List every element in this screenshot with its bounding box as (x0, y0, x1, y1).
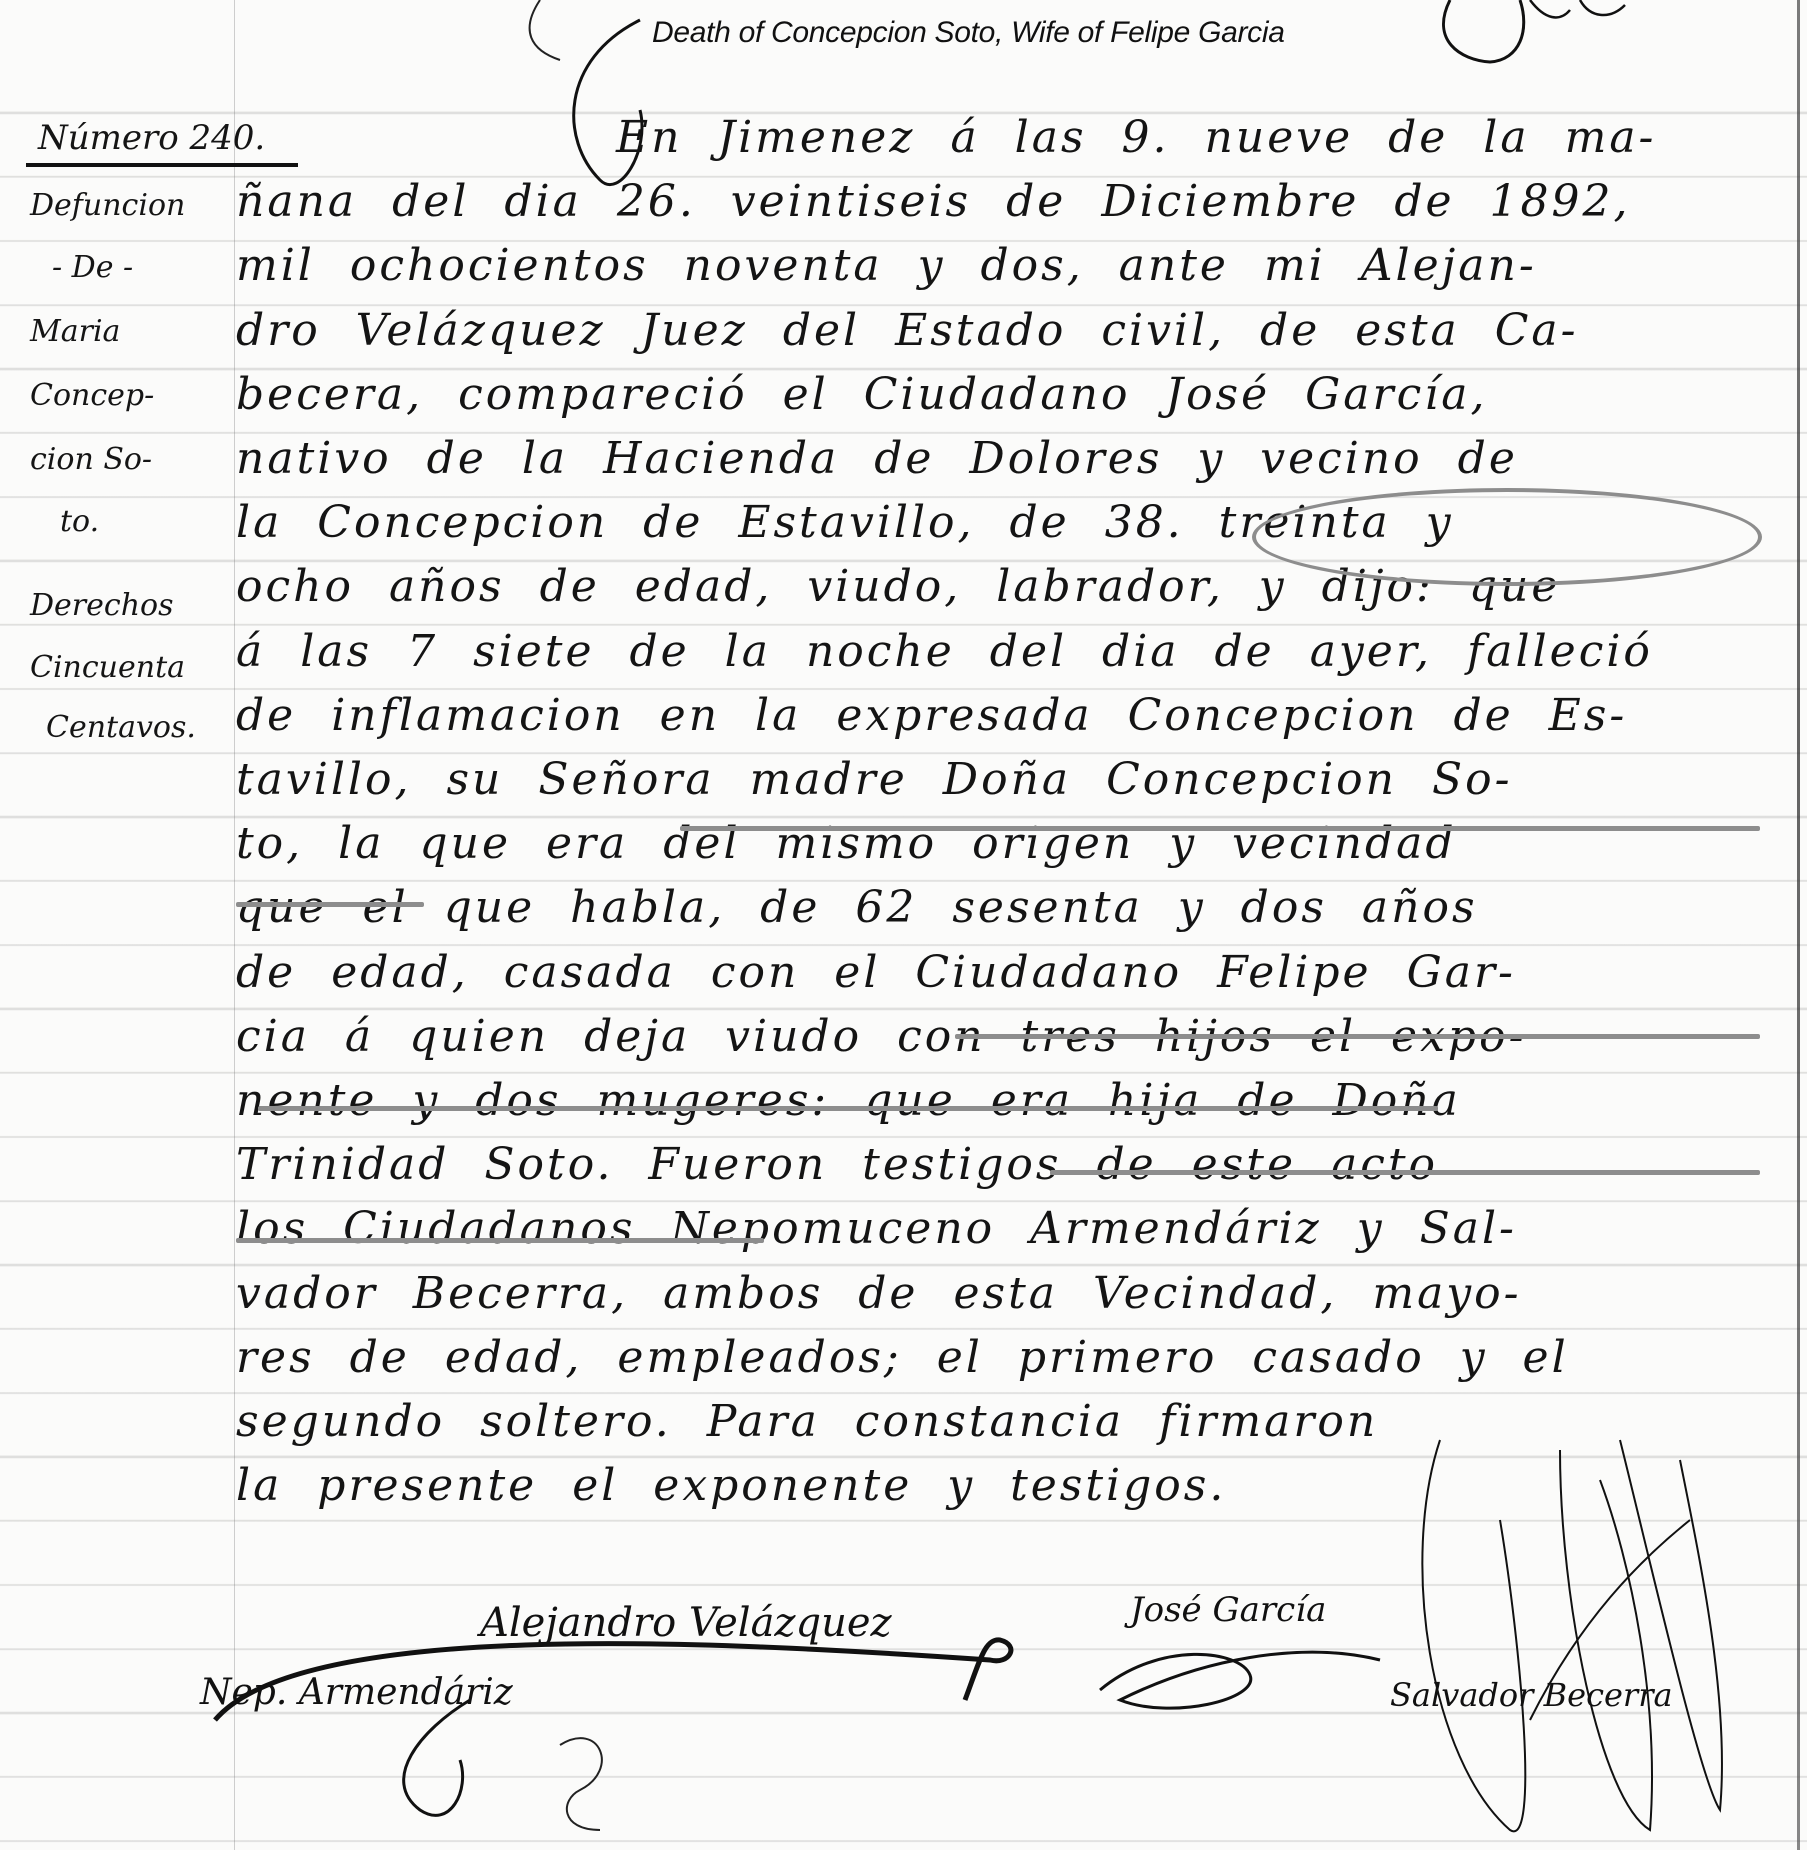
body-line: mil ochocientos noventa y dos, ante mi A… (236, 240, 1537, 291)
document-caption: Death of Concepcion Soto, Wife of Felipe… (652, 16, 1285, 50)
body-line: de inflamacion en la expresada Concepcio… (236, 690, 1627, 741)
margin-rule (234, 0, 235, 1850)
page-edge (1797, 0, 1800, 1850)
margin-note: cion So- (30, 442, 152, 477)
body-line: segundo soltero. Para constancia firmaro… (236, 1396, 1378, 1447)
record-number-underline (26, 163, 298, 167)
body-line: á las 7 siete de la noche del dia de aye… (236, 626, 1653, 677)
margin-note: Derechos (30, 588, 173, 623)
margin-note: Concep- (30, 378, 154, 413)
body-line: la presente el exponente y testigos. (236, 1460, 1226, 1511)
body-line: de edad, casada con el Ciudadano Felipe … (236, 947, 1516, 998)
signature-judge: Alejandro Velázquez (480, 1600, 892, 1646)
body-line: becera, compareció el Ciudadano José Gar… (236, 369, 1488, 420)
margin-note: Centavos. (46, 710, 196, 745)
body-line: ñana del dia 26. veintiseis de Diciembre… (236, 176, 1631, 227)
body-line: En Jimenez á las 9. nueve de la ma- (616, 112, 1656, 163)
body-line: nativo de la Hacienda de Dolores y vecin… (236, 433, 1518, 484)
body-line: dro Velázquez Juez del Estado civil, de … (236, 305, 1579, 356)
margin-note: Defuncion (30, 188, 185, 223)
signature-declarant: José García (1130, 1590, 1326, 1630)
underline-highlight (236, 1238, 764, 1243)
body-line: que el que habla, de 62 sesenta y dos añ… (236, 882, 1478, 933)
ledger-page: Death of Concepcion Soto, Wife of Felipe… (0, 0, 1807, 1850)
body-line: vador Becerra, ambos de esta Vecindad, m… (236, 1268, 1522, 1319)
underline-highlight (258, 1106, 1438, 1111)
body-line: tavillo, su Señora madre Doña Concepcion… (236, 754, 1513, 805)
margin-note: - De - (52, 250, 133, 285)
underline-highlight (955, 1034, 1760, 1039)
margin-note: to. (60, 504, 99, 539)
underline-highlight (236, 902, 424, 907)
record-number: Número 240. (38, 118, 265, 158)
signature-witness-1: Nep. Armendáriz (200, 1672, 513, 1713)
body-line: los Ciudadanos Nepomuceno Armendáriz y S… (236, 1203, 1517, 1254)
underline-highlight (680, 826, 1760, 831)
circled-name-annotation (1252, 488, 1762, 586)
margin-note: Maria (30, 314, 120, 349)
body-line: res de edad, empleados; el primero casad… (236, 1332, 1569, 1383)
margin-note: Cincuenta (30, 650, 185, 685)
signature-witness-2: Salvador Becerra (1390, 1676, 1673, 1714)
body-line: nente y dos mugeres: que era hija de Doñ… (236, 1075, 1461, 1126)
underline-highlight (1050, 1170, 1760, 1175)
body-line: Trinidad Soto. Fueron testigos de este a… (236, 1139, 1438, 1190)
